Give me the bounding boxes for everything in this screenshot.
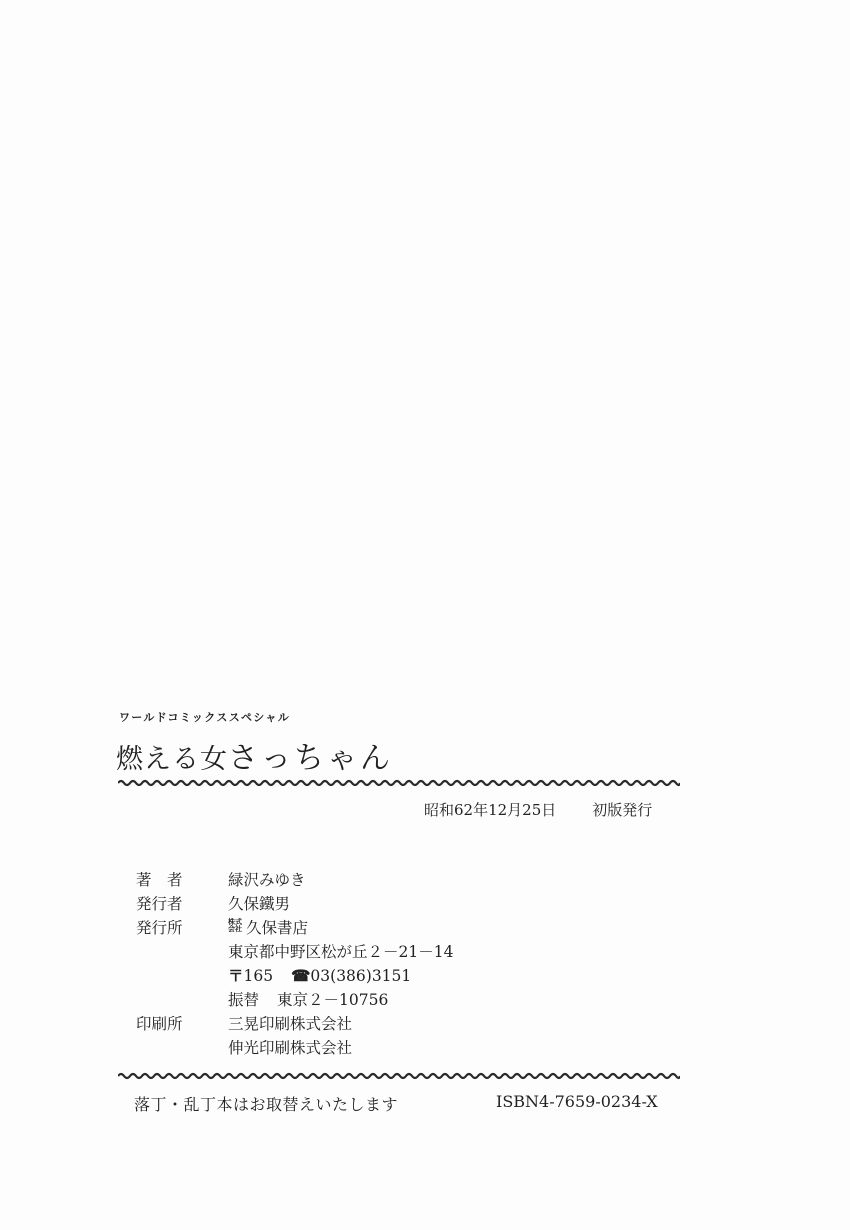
wavy-divider-bottom — [118, 1071, 680, 1081]
replacement-notice: 落丁・乱丁本はお取替えいたします — [134, 1092, 398, 1115]
edition-label: 初版発行 — [592, 801, 652, 819]
author-label: 著 者 — [136, 868, 183, 890]
book-title: 燃える女さっちゃん — [116, 733, 393, 777]
publisher-company-name: 久保書店 — [246, 919, 308, 937]
publisher-person-name: 久保鐵男 — [228, 892, 290, 914]
publisher-address: 東京都中野区松が丘２－21－14 — [228, 940, 453, 962]
transfer-label: 振替 — [228, 991, 259, 1009]
isbn: ISBN4-7659-0234-X — [496, 1092, 658, 1111]
publication-date-line: 昭和62年12月25日初版発行 — [424, 799, 652, 820]
transfer-account: 東京２－10756 — [277, 991, 388, 1009]
phone-number: 03(386)3151 — [310, 967, 411, 985]
publisher-company-label: 発行所 — [136, 916, 183, 938]
publication-date: 昭和62年12月25日 — [424, 801, 556, 819]
book-title-kanji: 燃える女 — [116, 744, 228, 775]
postal-mark-icon: 〒 — [228, 966, 244, 985]
printer-name-2: 伸光印刷株式会社 — [228, 1036, 352, 1058]
phone-icon: ☎ — [291, 966, 310, 985]
author-name: 緑沢みゆき — [228, 868, 306, 890]
kabushiki-kaisha-mark: 株式会社 — [228, 919, 242, 933]
wavy-divider-top — [118, 778, 680, 788]
printer-label: 印刷所 — [136, 1012, 183, 1034]
book-title-kana: さっちゃん — [228, 741, 393, 776]
contact-line: 〒165☎03(386)3151 — [228, 964, 411, 986]
printer-name-1: 三晃印刷株式会社 — [228, 1012, 352, 1034]
publisher-person-label: 発行者 — [136, 892, 183, 914]
transfer-account-line: 振替東京２－10756 — [228, 988, 388, 1010]
series-name: ワールドコミックススペシャル — [119, 709, 290, 725]
postal-code: 165 — [244, 967, 274, 985]
publisher-company: 株式会社久保書店 — [228, 916, 308, 938]
